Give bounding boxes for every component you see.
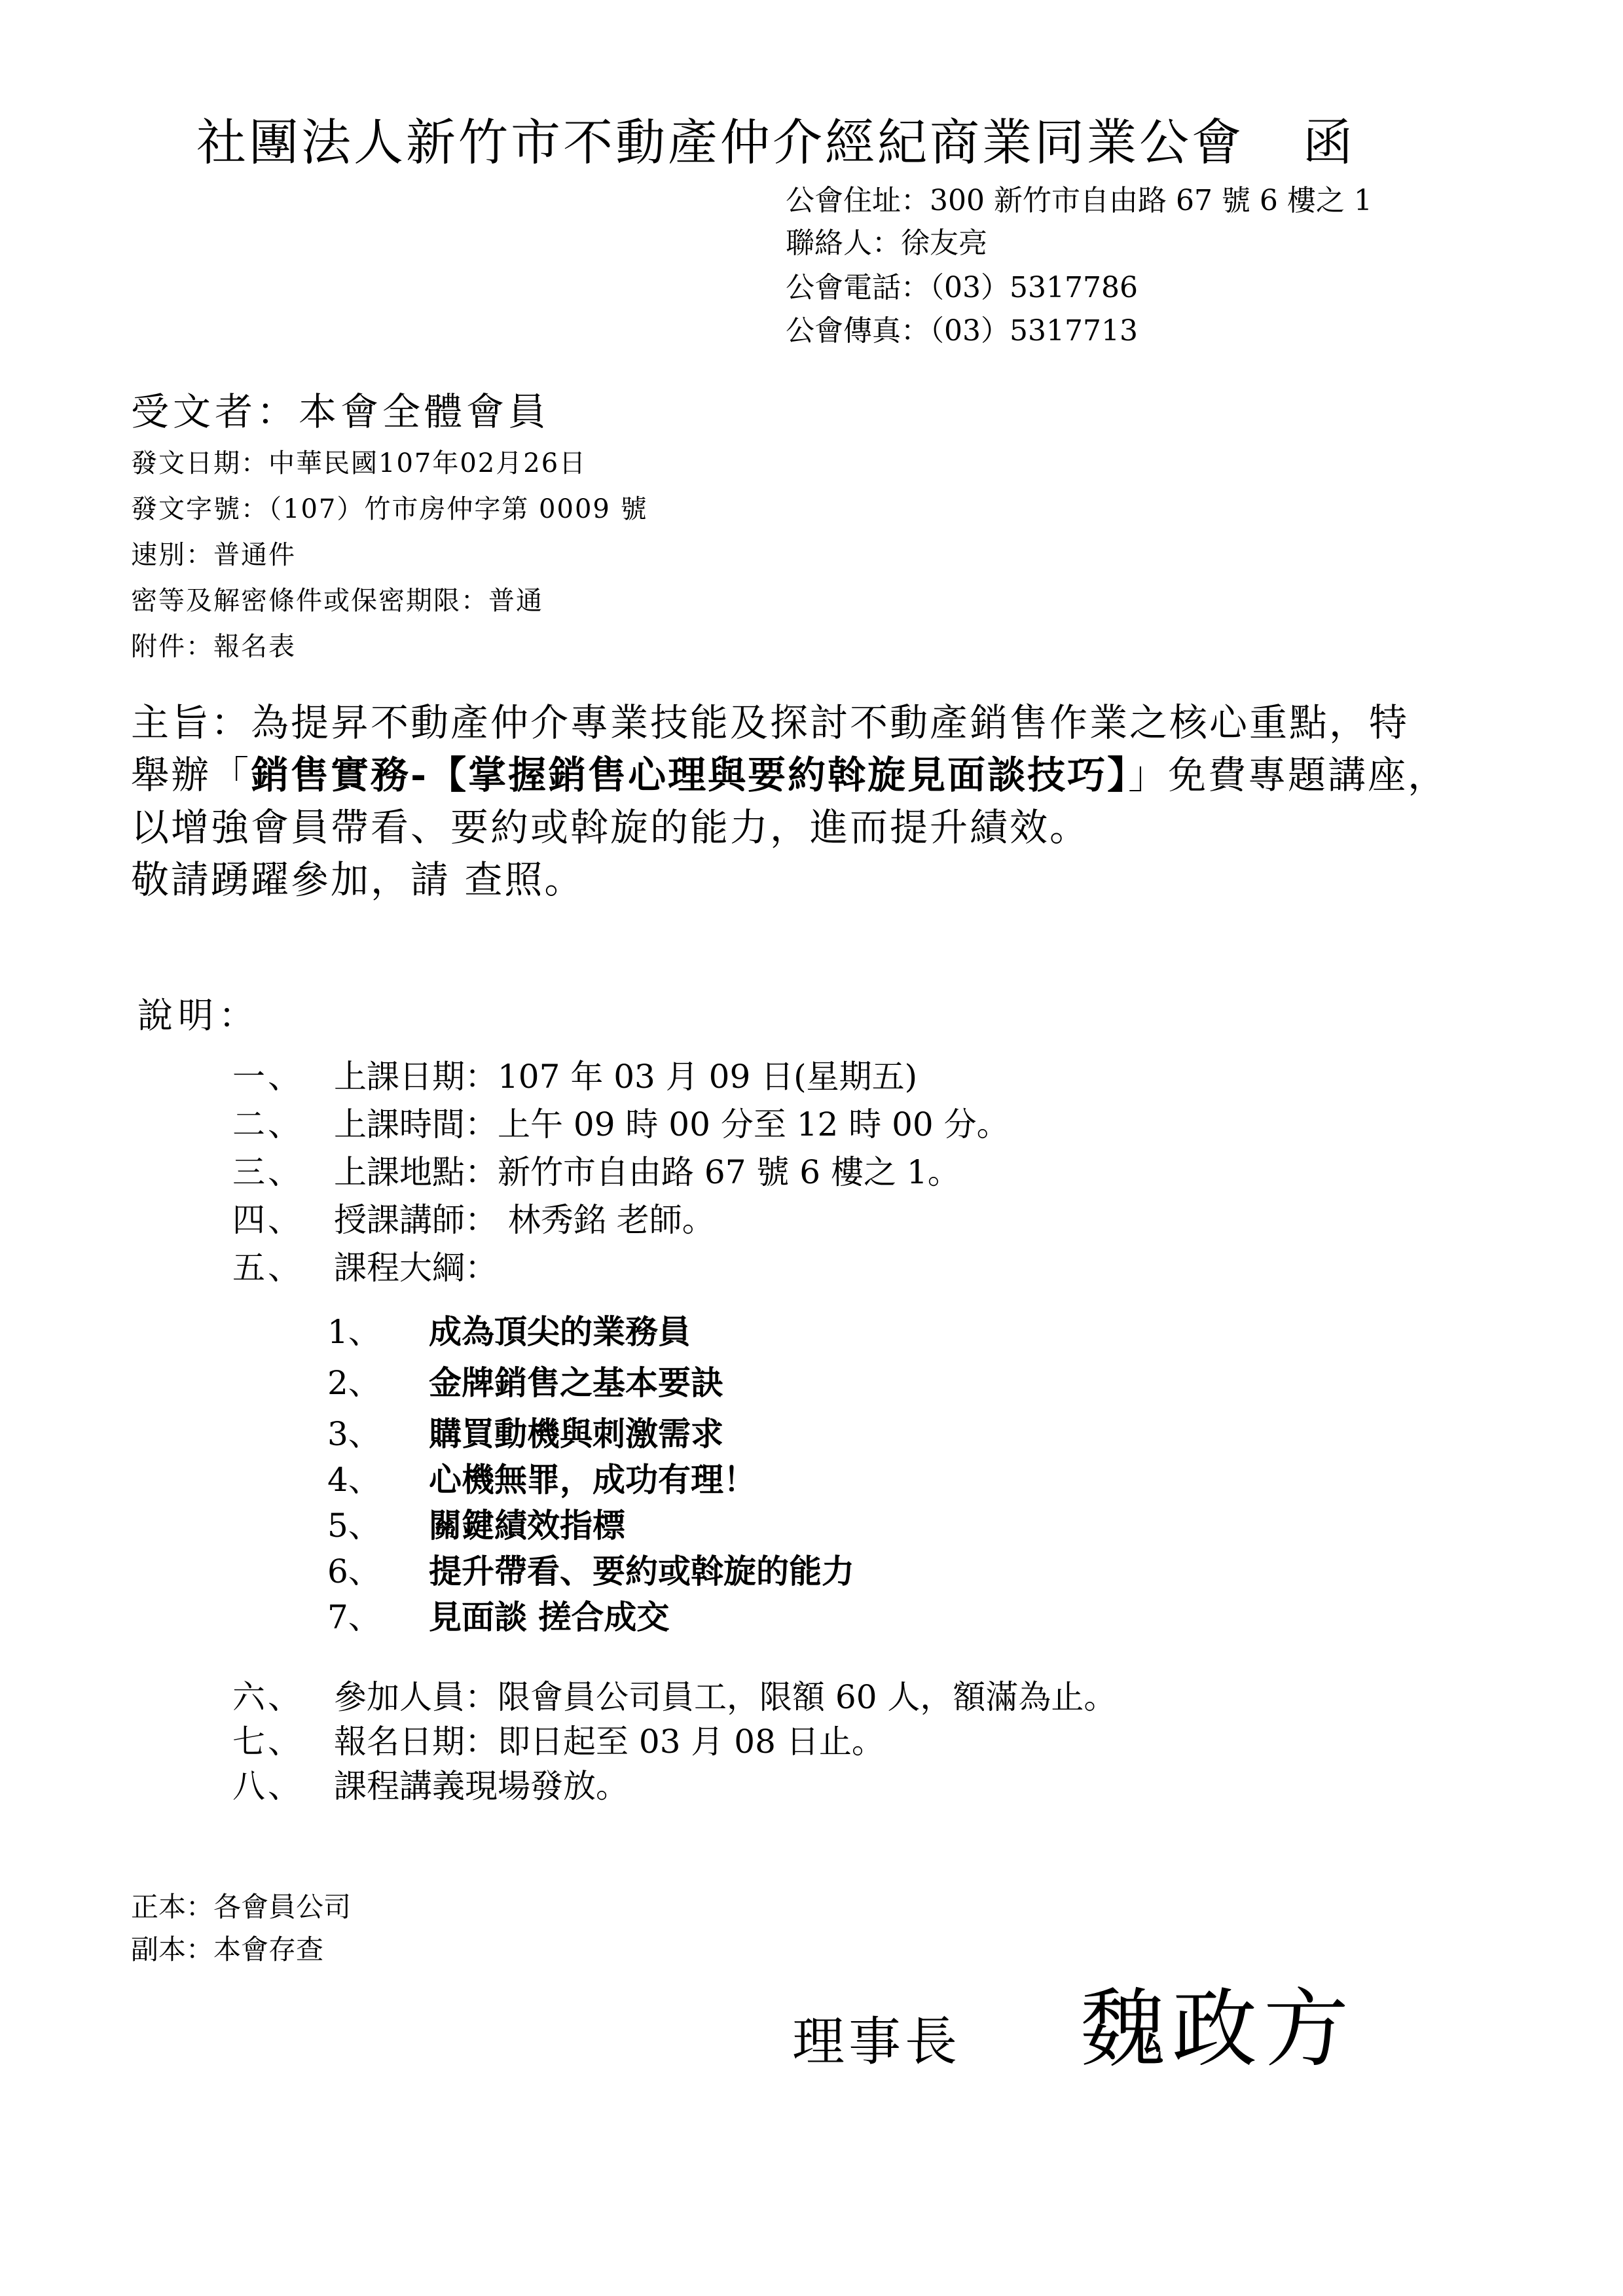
explanation-item: 七、報名日期：即日起至 03 月 08 日止。: [232, 1725, 884, 1758]
contact-address: 公會住址：300 新竹市自由路 67 號 6 樓之 1: [786, 187, 1372, 215]
outline-item: 5、關鍵績效指標: [327, 1509, 625, 1542]
contact-person: 聯絡人：徐友亮: [786, 229, 987, 258]
issue-date: 發文日期：中華民國107年02月26日: [131, 450, 587, 476]
contact-phone: 公會電話：（03）5317786: [786, 274, 1138, 302]
subject-line-2: 舉辦「銷售實務-【掌握銷售心理與要約斡旋見面談技巧】」免費專題講座，: [131, 756, 1448, 794]
original-copy: 正本：各會員公司: [131, 1893, 351, 1921]
classification: 密等及解密條件或保密期限：普通: [131, 588, 543, 614]
explanation-item: 二、上課時間：上午 09 時 00 分至 12 時 00 分。: [232, 1108, 1010, 1141]
outline-item: 2、金牌銷售之基本要訣: [327, 1367, 723, 1399]
explanation-item: 五、課程大綱：: [232, 1251, 498, 1284]
organization-name: 社團法人新竹市不動產仲介經紀商業同業公會: [196, 113, 1244, 171]
subject-line-1: 主旨：為提昇不動產仲介專業技能及探討不動產銷售作業之核心重點，特: [131, 704, 1409, 742]
document-type: 函: [1303, 113, 1355, 171]
explanation-item: 一、上課日期：107 年 03 月 09 日(星期五): [232, 1060, 917, 1093]
document-number: 發文字號：（107）竹市房仲字第 0009 號: [131, 496, 648, 522]
seminar-title: 銷售實務-【掌握銷售心理與要約斡旋見面談技巧】: [251, 753, 1128, 797]
outline-item: 1、成為頂尖的業務員: [327, 1316, 691, 1348]
carbon-copy: 副本：本會存查: [131, 1936, 323, 1964]
attachment: 附件：報名表: [131, 634, 296, 660]
explanation-item: 三、上課地點：新竹市自由路 67 號 6 樓之 1。: [232, 1156, 960, 1189]
outline-item: 6、提升帶看、要約或斡旋的能力: [327, 1555, 854, 1588]
outline-item: 4、心機無罪，成功有理！: [327, 1463, 756, 1496]
explanation-label: 說明：: [137, 998, 259, 1033]
explanation-item: 四、授課講師： 林秀銘 老師。: [232, 1204, 715, 1236]
delivery-speed: 速別：普通件: [131, 542, 296, 568]
explanation-item: 八、課程講義現場發放。: [232, 1770, 629, 1803]
subject-line-4: 敬請踴躍參加，請 查照。: [131, 861, 584, 899]
recipient: 受文者：本會全體會員: [131, 393, 550, 431]
contact-fax: 公會傳真：（03）5317713: [786, 317, 1138, 346]
subject-line-3: 以增強會員帶看、要約或斡旋的能力，進而提升績效。: [131, 808, 1089, 846]
document-title: 社團法人新竹市不動產仲介經紀商業同業公會函: [196, 118, 1355, 168]
outline-item: 3、購買動機與刺激需求: [327, 1418, 723, 1450]
outline-item: 7、見面談 搓合成交: [327, 1601, 669, 1634]
signer-name: 魏政方: [1080, 1986, 1355, 2072]
signer-title: 理事長: [792, 2016, 961, 2068]
explanation-item: 六、參加人員：限會員公司員工，限額 60 人，額滿為止。: [232, 1681, 1116, 1713]
